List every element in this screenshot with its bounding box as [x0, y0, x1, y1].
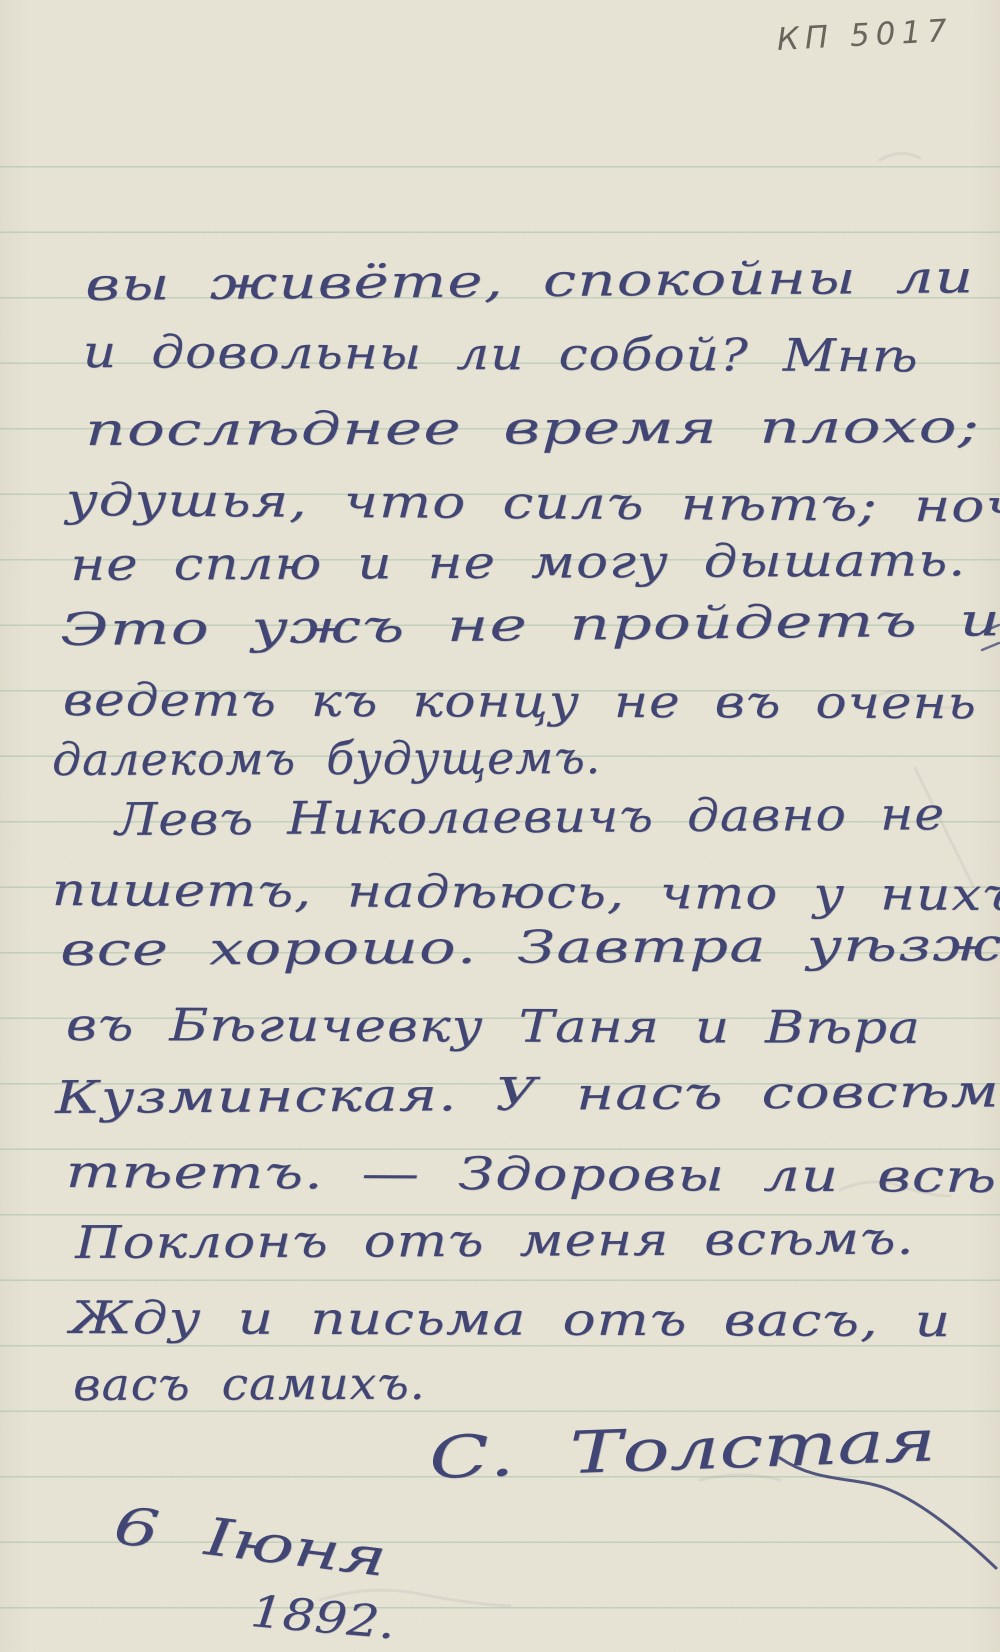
- letter-line: все хорошо. Завтра уѣзжаютъ: [60, 918, 1000, 976]
- signature: С. Толстая: [428, 1406, 937, 1492]
- letter-line: васъ самихъ.: [73, 1358, 426, 1411]
- letter-line: далекомъ будущемъ.: [52, 732, 601, 786]
- letter-line: не сплю и не могу дышать.: [70, 534, 966, 591]
- letter-line: Поклонъ отъ меня всѣмъ.: [75, 1213, 915, 1269]
- letter-line: и довольны ли собой? Мнѣ: [83, 326, 919, 382]
- letter-line: въ Бѣгичевку Таня и Вѣра: [66, 999, 921, 1054]
- letter-line: послѣднее время плохо; такія: [85, 400, 1000, 456]
- date-day-month: 6 Іюня: [111, 1496, 390, 1589]
- letter-line: тѣетъ. — Здоровы ли всѣ ваши?: [66, 1146, 1000, 1204]
- date-year: 1892.: [249, 1586, 398, 1649]
- letter-line: удушья, что силъ нѣтъ; ночи: [66, 474, 1000, 533]
- letter-line: ведетъ къ концу не въ очень: [63, 674, 977, 729]
- letter-line: Кузминская. У насъ совсѣмъ опус-: [55, 1064, 1000, 1124]
- inventory-stamp: КП 5017: [776, 13, 954, 58]
- letter-page: КП 5017 вы живёте, спокойны ли духомъ и …: [0, 0, 1000, 1652]
- letter-line: вы живёте, спокойны ли духомъ: [85, 249, 1000, 311]
- letter-line: Левъ Николаевичъ давно не: [115, 788, 945, 846]
- letter-line: пишетъ, надѣюсь, что у нихъ: [52, 864, 1000, 921]
- letter-line: Это ужъ не пройдетъ и при-: [60, 592, 1000, 656]
- letter-line: Жду и письма отъ васъ, и: [70, 1292, 951, 1347]
